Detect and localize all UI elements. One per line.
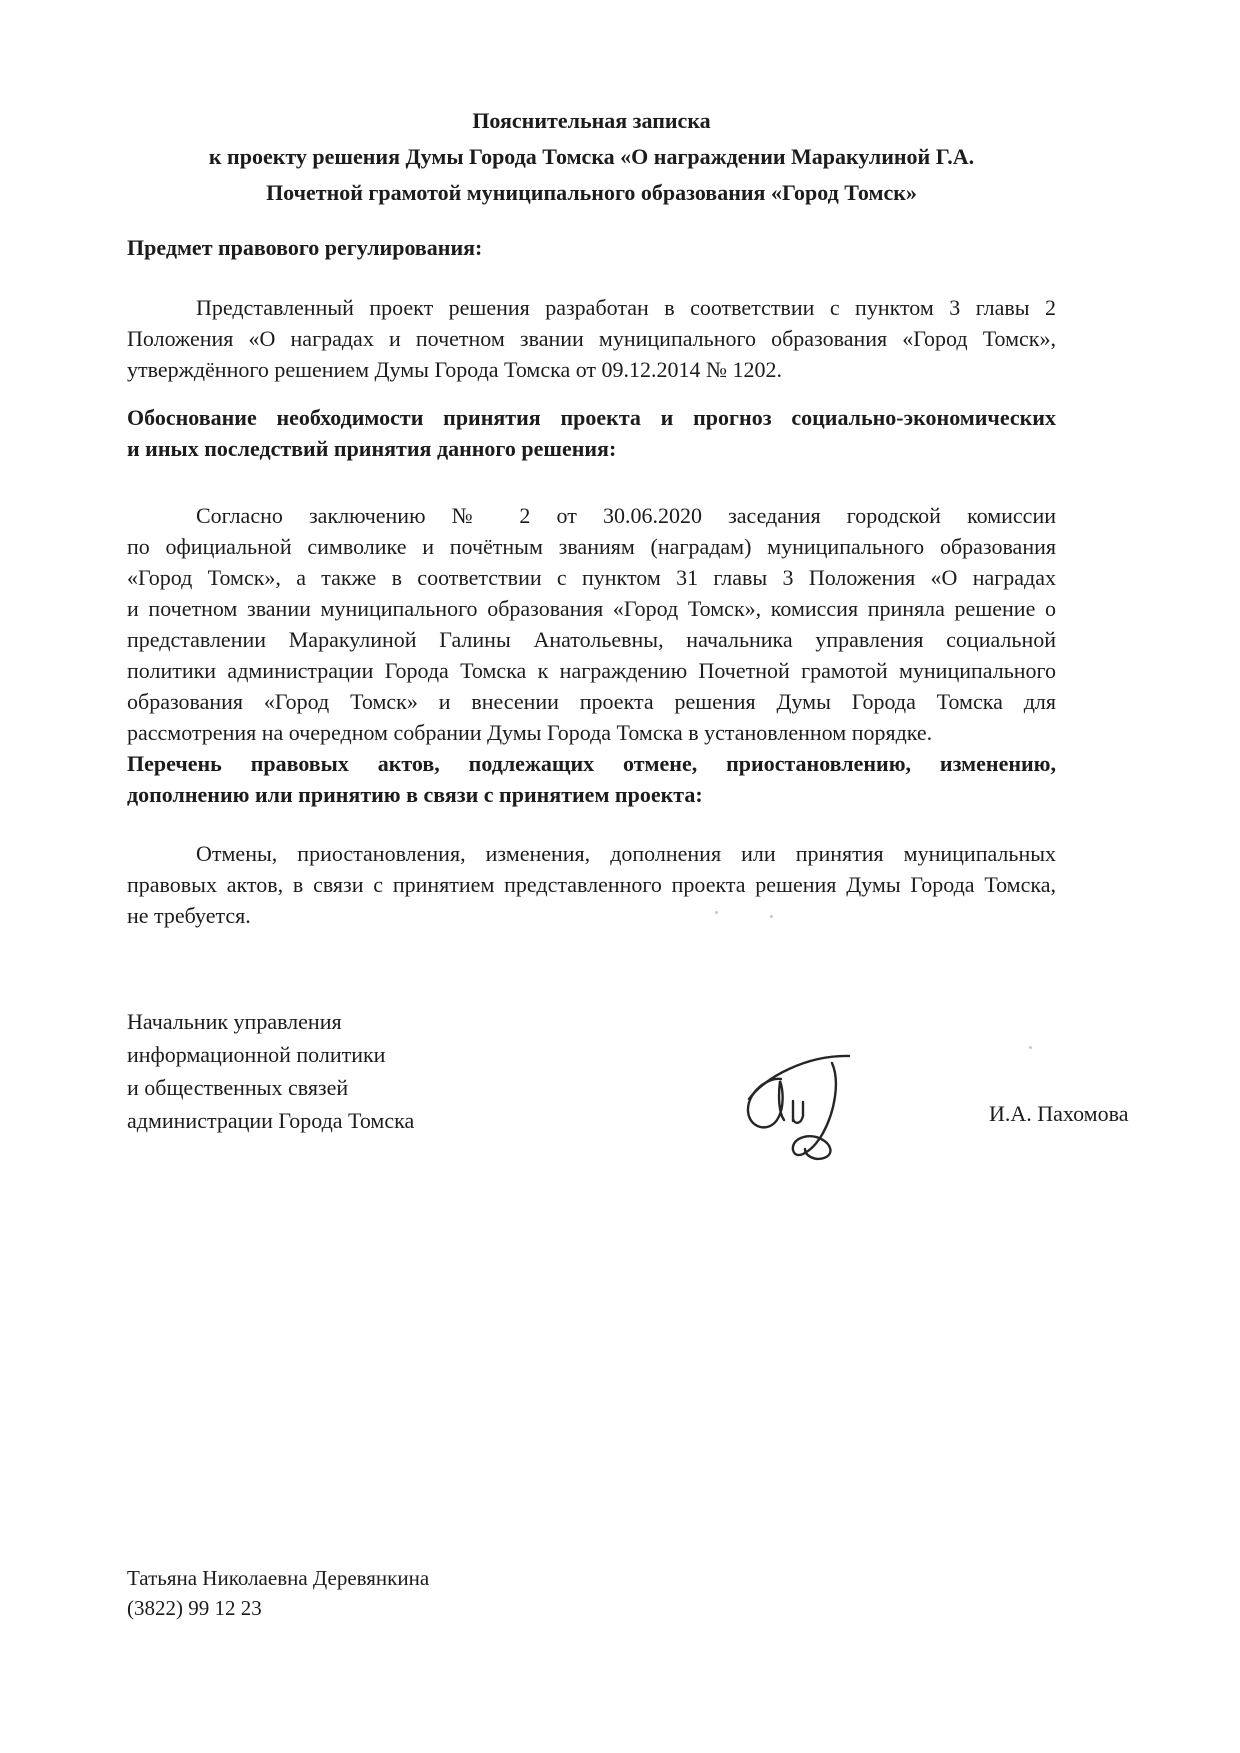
section-heading-subject: Предмет правового регулирования: (127, 232, 1056, 263)
paragraph-justification: Согласно заключению № 2 от 30.06.2020 за… (127, 500, 1056, 748)
scan-speck (1029, 1046, 1032, 1049)
text-line: Отмены, приостановления, изменения, допо… (127, 838, 1056, 869)
text-line: дополнению или принятию в связи с принят… (127, 779, 1056, 810)
text-line: Представленный проект решения разработан… (127, 292, 1056, 323)
section-heading-acts-list: Перечень правовых актов, подлежащих отме… (127, 748, 1056, 810)
text-line: Обоснование необходимости принятия проек… (127, 402, 1056, 433)
text-line: не требуется. (127, 900, 1056, 931)
text-line: Пояснительная записка (127, 103, 1056, 139)
handwritten-signature-icon (735, 1043, 855, 1167)
text-line: представлении Маракулиной Галины Анатоль… (127, 624, 1056, 655)
text-line: Начальник управления (127, 1005, 1056, 1038)
text-line: Почетной грамотой муниципального образов… (127, 175, 1056, 211)
paragraph-acts: Отмены, приостановления, изменения, допо… (127, 838, 1056, 931)
text-line: правовых актов, в связи с принятием пред… (127, 869, 1056, 900)
contact-name: Татьяна Николаевна Деревянкина (127, 1563, 1056, 1593)
signer-name: И.А. Пахомова (989, 1101, 1128, 1127)
signature-block: Начальник управленияинформационной полит… (127, 1005, 1056, 1137)
text-line: «Город Томск», а также в соответствии с … (127, 562, 1056, 593)
text-line: Согласно заключению № 2 от 30.06.2020 за… (127, 500, 1056, 531)
document-title: Пояснительная запискак проекту решения Д… (127, 103, 1056, 211)
text-line: по официальной символике и почётным зван… (127, 531, 1056, 562)
text-line: образования «Город Томск» и внесении про… (127, 686, 1056, 717)
text-line: Перечень правовых актов, подлежащих отме… (127, 748, 1056, 779)
signer-position: Начальник управленияинформационной полит… (127, 1005, 1056, 1137)
text-line: и иных последствий принятия данного реше… (127, 433, 1056, 464)
text-line: администрации Города Томска (127, 1104, 1056, 1137)
text-line: утверждённого решением Думы Города Томск… (127, 354, 1056, 385)
text-line: и общественных связей (127, 1071, 1056, 1104)
text-line: Положения «О наградах и почетном звании … (127, 323, 1056, 354)
paragraph-legal-basis: Представленный проект решения разработан… (127, 292, 1056, 385)
scan-speck (770, 915, 773, 918)
contact-phone: (3822) 99 12 23 (127, 1593, 1056, 1623)
text-line: рассмотрения на очередном собрании Думы … (127, 717, 1056, 748)
text-line: и почетном звании муниципального образов… (127, 593, 1056, 624)
text-line: к проекту решения Думы Города Томска «О … (127, 139, 1056, 175)
scan-speck (715, 911, 718, 914)
section-heading-justification: Обоснование необходимости принятия проек… (127, 402, 1056, 464)
document-content: Пояснительная запискак проекту решения Д… (127, 0, 1056, 1623)
text-line: политики администрации Города Томска к н… (127, 655, 1056, 686)
scan-speck (716, 855, 719, 858)
contact-block: Татьяна Николаевна Деревянкина (3822) 99… (127, 1563, 1056, 1623)
text-line: информационной политики (127, 1038, 1056, 1071)
document-page: Пояснительная запискак проекту решения Д… (0, 0, 1240, 1753)
